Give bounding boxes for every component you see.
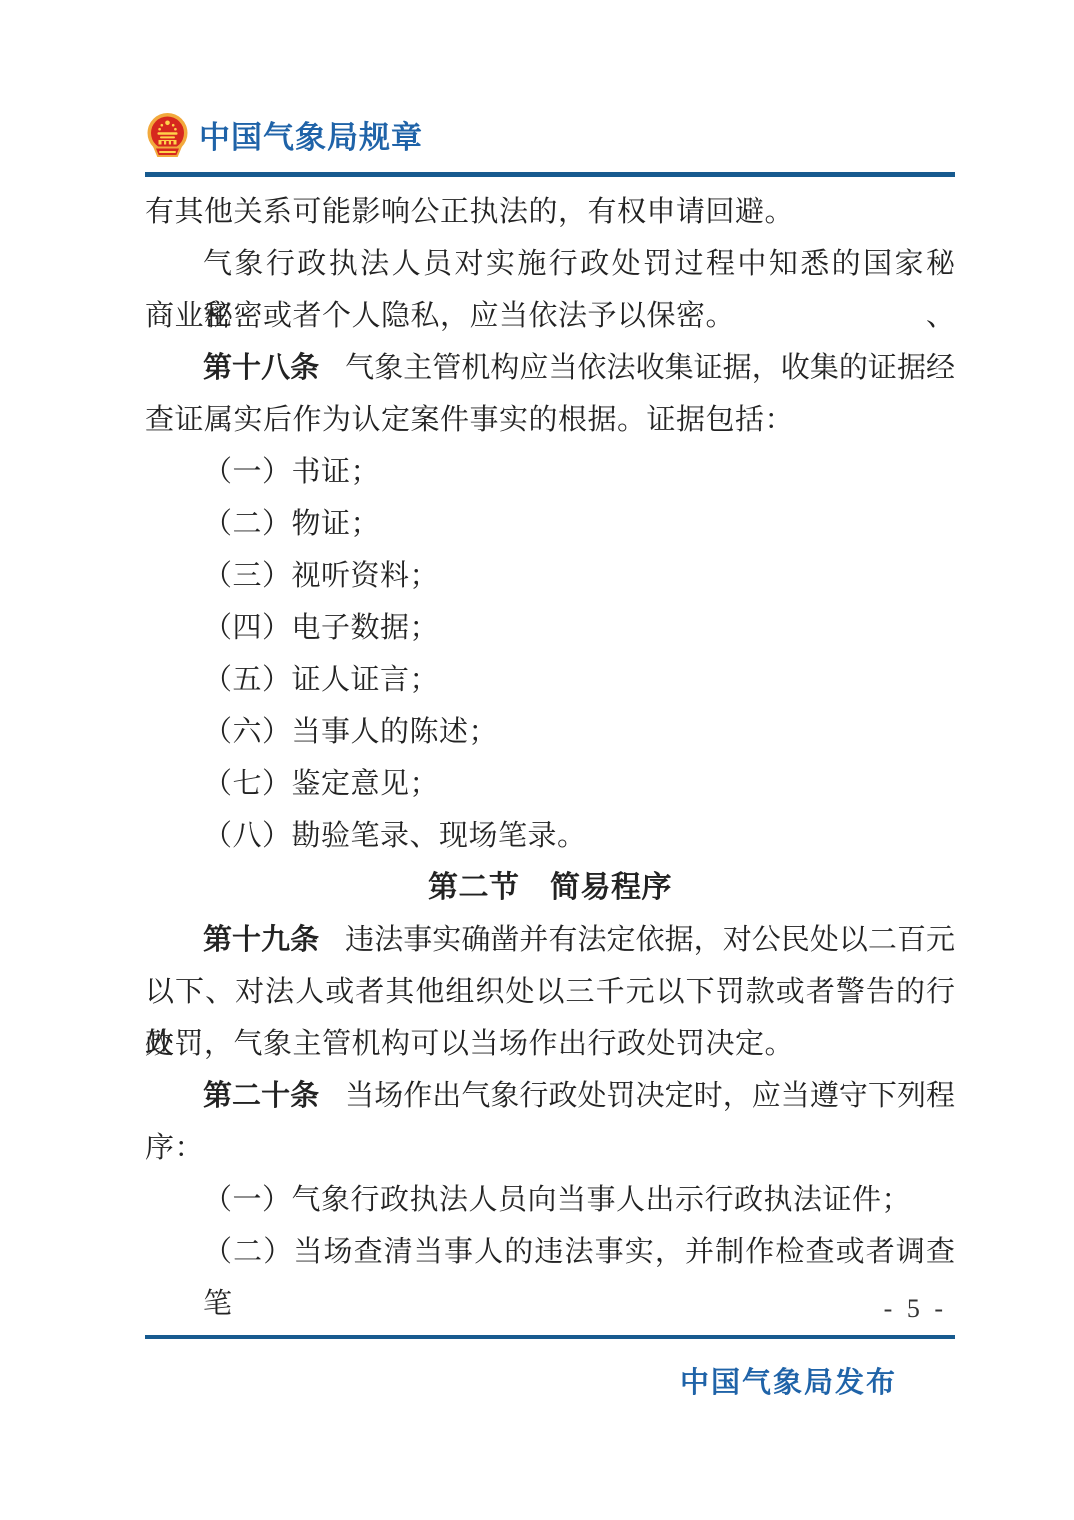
- document-header: 中国气象局规章: [145, 0, 955, 158]
- publisher-label: 中国气象局发布: [145, 1360, 955, 1401]
- body-line: （六）当事人的陈述；: [145, 706, 955, 758]
- body-line: 气象行政执法人员对实施行政处罚过程中知悉的国家秘密、: [145, 238, 955, 290]
- body-line: （八）勘验笔录、现场笔录。: [145, 810, 955, 862]
- article-number: 第十九条: [203, 924, 319, 956]
- body-line: 序：: [145, 1122, 955, 1174]
- body-line: （二）当场查清当事人的违法事实，并制作检查或者调查笔: [145, 1226, 955, 1278]
- body-line: （七）鉴定意见；: [145, 758, 955, 810]
- body-line: 以下、对法人或者其他组织处以三千元以下罚款或者警告的行政: [145, 966, 955, 1018]
- document-page: 中国气象局规章 有其他关系可能影响公正执法的，有权申请回避。气象行政执法人员对实…: [0, 0, 1074, 1520]
- body-line: 第十九条违法事实确凿并有法定依据，对公民处以二百元: [145, 914, 955, 966]
- document-body: 有其他关系可能影响公正执法的，有权申请回避。气象行政执法人员对实施行政处罚过程中…: [145, 186, 955, 1278]
- body-line: （四）电子数据；: [145, 602, 955, 654]
- prc-national-emblem-icon: [145, 112, 190, 160]
- body-line: 查证属实后作为认定案件事实的根据。证据包括：: [145, 394, 955, 446]
- article-number: 第二十条: [203, 1080, 319, 1112]
- body-line: （五）证人证言；: [145, 654, 955, 706]
- page-number: - 5 -: [145, 1295, 955, 1323]
- body-line: （一）书证；: [145, 446, 955, 498]
- footer-rule: [145, 1335, 955, 1339]
- section-heading: 第二节 简易程序: [145, 862, 955, 914]
- body-line: 有其他关系可能影响公正执法的，有权申请回避。: [145, 186, 955, 238]
- body-line: （一）气象行政执法人员向当事人出示行政执法证件；: [145, 1174, 955, 1226]
- header-rule: [145, 172, 955, 177]
- body-line: 处罚，气象主管机构可以当场作出行政处罚决定。: [145, 1018, 955, 1070]
- body-line: （二）物证；: [145, 498, 955, 550]
- body-line: 第十八条气象主管机构应当依法收集证据，收集的证据经: [145, 342, 955, 394]
- article-number: 第十八条: [203, 352, 319, 384]
- body-line: （三）视听资料；: [145, 550, 955, 602]
- header-title: 中国气象局规章: [199, 112, 423, 157]
- body-line: 第二十条当场作出气象行政处罚决定时，应当遵守下列程: [145, 1070, 955, 1122]
